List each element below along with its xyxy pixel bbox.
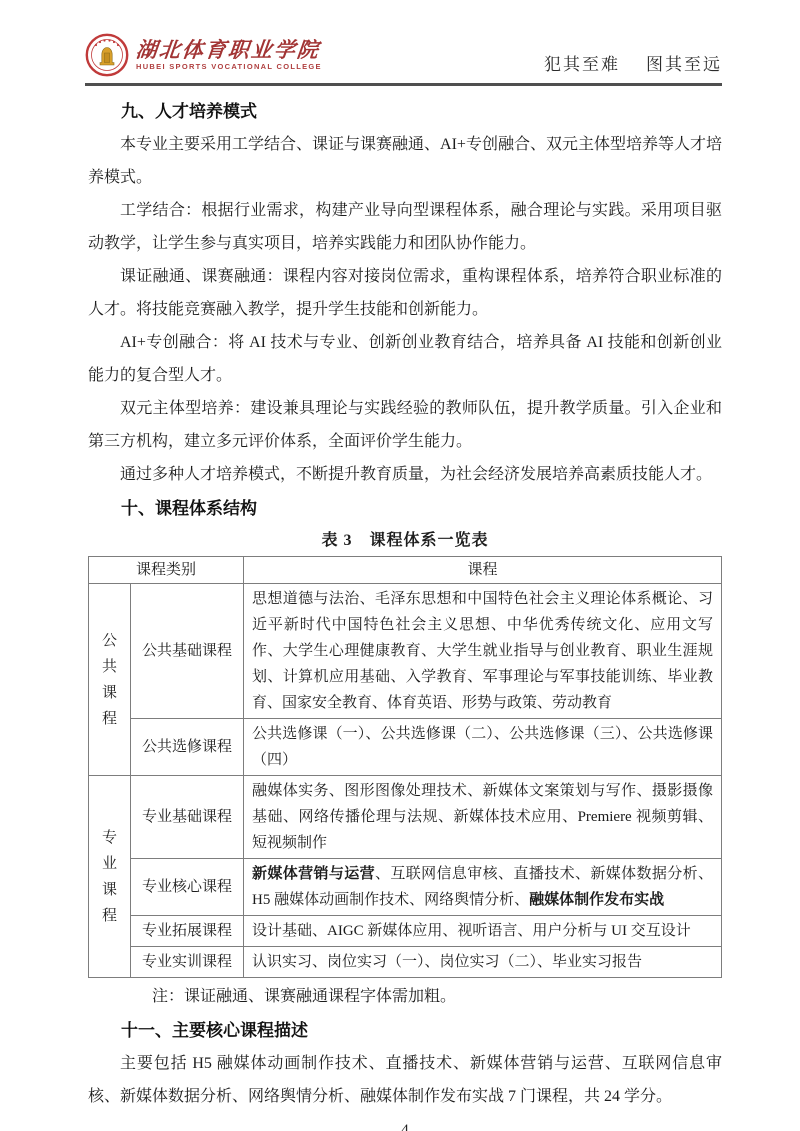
motto-right: 图其至远 — [646, 50, 722, 75]
type-cell: 专业基础课程 — [131, 776, 244, 859]
type-cell: 专业核心课程 — [131, 859, 244, 916]
section-9-paragraph: 工学结合：根据行业需求，构建产业导向型课程体系，融合理论与实践。采用项目驱动教学… — [88, 194, 722, 260]
group-cell-major: 专业课程 — [89, 776, 131, 978]
section-11-heading: 十一、主要核心课程描述 — [88, 1014, 722, 1047]
page-header: 湖北体育职业学院 HUBEI SPORTS VOCATIONAL COLLEGE… — [85, 0, 722, 86]
col-header-category: 课程类别 — [89, 557, 244, 584]
table-row: 专业实训课程 认识实习、岗位实习（一）、岗位实习（二）、毕业实习报告 — [89, 947, 722, 978]
type-cell: 专业拓展课程 — [131, 916, 244, 947]
table-row: 专业课程 专业基础课程 融媒体实务、图形图像处理技术、新媒体文案策划与写作、摄影… — [89, 776, 722, 859]
section-9-heading: 九、人才培养模式 — [88, 95, 722, 128]
college-emblem-icon — [85, 33, 129, 77]
college-logo: 湖北体育职业学院 HUBEI SPORTS VOCATIONAL COLLEGE — [85, 33, 322, 77]
table-row: 公共课程 公共基础课程 思想道德与法治、毛泽东思想和中国特色社会主义理论体系概论… — [89, 584, 722, 719]
section-10-heading: 十、课程体系结构 — [88, 492, 722, 525]
group-cell-public: 公共课程 — [89, 584, 131, 776]
table-caption: 表 3 课程体系一览表 — [88, 528, 722, 554]
table-note: 注：课证融通、课赛融通课程字体需加粗。 — [88, 982, 722, 1012]
curriculum-table: 课程类别 课程 公共课程 公共基础课程 思想道德与法治、毛泽东思想和中国特色社会… — [88, 556, 722, 978]
section-11-paragraph: 主要包括 H5 融媒体动画制作技术、直播技术、新媒体营销与运营、互联网信息审核、… — [88, 1047, 722, 1113]
table-row: 公共选修课程 公共选修课（一）、公共选修课（二）、公共选修课（三）、公共选修课（… — [89, 719, 722, 776]
header-motto: 犯其至难 图其至远 — [544, 50, 722, 77]
section-9-paragraph: 通过多种人才培养模式，不断提升教育质量，为社会经济发展培养高素质技能人才。 — [88, 458, 722, 491]
course-cell: 设计基础、AIGC 新媒体应用、视听语言、用户分析与 UI 交互设计 — [244, 916, 722, 947]
section-9-paragraph: AI+专创融合：将 AI 技术与专业、创新创业教育结合，培养具备 AI 技能和创… — [88, 326, 722, 392]
college-name-en: HUBEI SPORTS VOCATIONAL COLLEGE — [136, 63, 322, 71]
course-segment-bold: 新媒体营销与运营 — [252, 866, 375, 882]
table-row: 专业核心课程 新媒体营销与运营、互联网信息审核、直播技术、新媒体数据分析、H5 … — [89, 859, 722, 916]
course-cell: 融媒体实务、图形图像处理技术、新媒体文案策划与写作、摄影摄像基础、网络传播伦理与… — [244, 776, 722, 859]
course-cell: 认识实习、岗位实习（一）、岗位实习（二）、毕业实习报告 — [244, 947, 722, 978]
type-cell: 公共选修课程 — [131, 719, 244, 776]
table-header-row: 课程类别 课程 — [89, 557, 722, 584]
document-content: 九、人才培养模式 本专业主要采用工学结合、课证与课赛融通、AI+专创融合、双元主… — [88, 95, 722, 1131]
document-page: 湖北体育职业学院 HUBEI SPORTS VOCATIONAL COLLEGE… — [0, 0, 800, 1131]
type-cell: 专业实训课程 — [131, 947, 244, 978]
table-row: 专业拓展课程 设计基础、AIGC 新媒体应用、视听语言、用户分析与 UI 交互设… — [89, 916, 722, 947]
course-cell-core: 新媒体营销与运营、互联网信息审核、直播技术、新媒体数据分析、H5 融媒体动画制作… — [244, 859, 722, 916]
college-name-cn: 湖北体育职业学院 — [135, 39, 323, 60]
course-segment-bold: 融媒体制作发布实战 — [529, 892, 664, 908]
college-names: 湖北体育职业学院 HUBEI SPORTS VOCATIONAL COLLEGE — [136, 39, 322, 71]
course-cell: 思想道德与法治、毛泽东思想和中国特色社会主义理论体系概论、习近平新时代中国特色社… — [244, 584, 722, 719]
section-9-paragraph: 课证融通、课赛融通：课程内容对接岗位需求，重构课程体系，培养符合职业标准的人才。… — [88, 260, 722, 326]
section-9-paragraph: 双元主体型培养：建设兼具理论与实践经验的教师队伍，提升教学质量。引入企业和第三方… — [88, 392, 722, 458]
col-header-course: 课程 — [244, 557, 722, 584]
section-9-paragraph: 本专业主要采用工学结合、课证与课赛融通、AI+专创融合、双元主体型培养等人才培养… — [88, 128, 722, 194]
page-number: 4 — [88, 1122, 722, 1131]
type-cell: 公共基础课程 — [131, 584, 244, 719]
course-cell: 公共选修课（一）、公共选修课（二）、公共选修课（三）、公共选修课（四） — [244, 719, 722, 776]
motto-left: 犯其至难 — [544, 50, 620, 75]
